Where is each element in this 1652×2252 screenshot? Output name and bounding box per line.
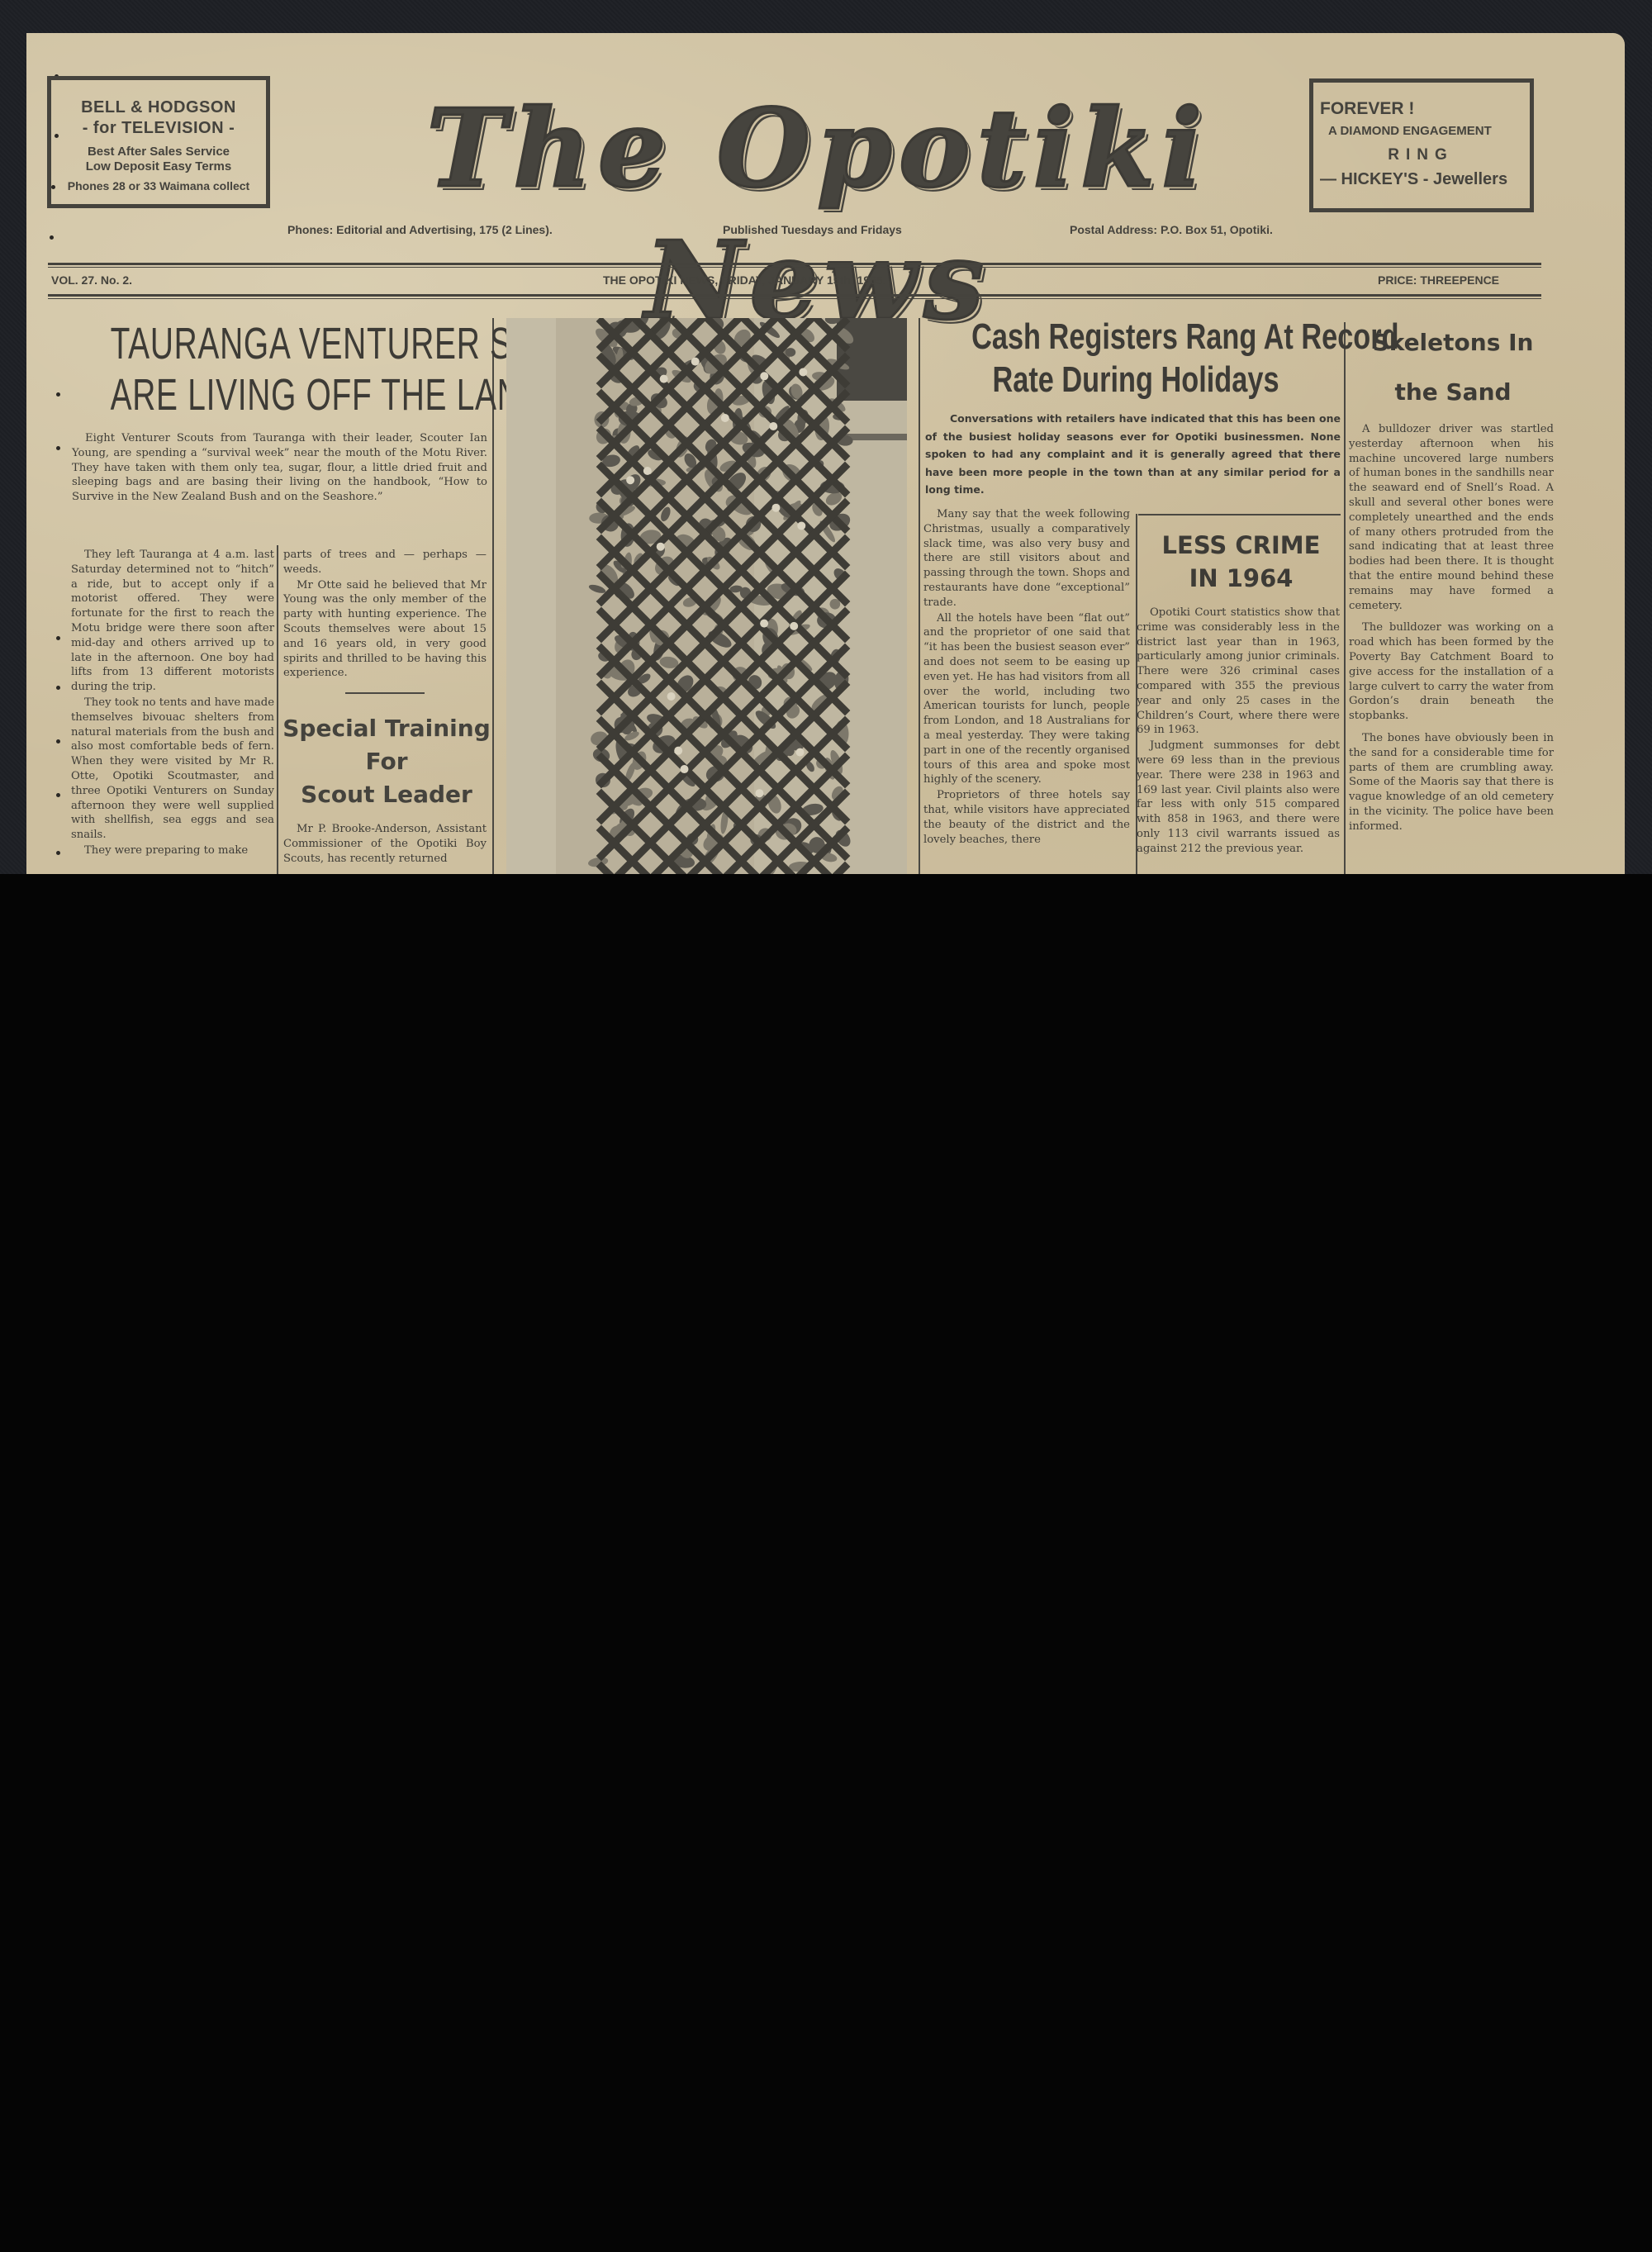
paragraph: They left Tauranga at 4 a.m. last Saturd… — [71, 548, 274, 695]
paragraph: Eight Venturer Scouts from Tauranga with… — [72, 431, 487, 505]
headline-less-crime: LESS CRIME IN 1964 — [1140, 529, 1342, 595]
ad-line: Phones 28 or 33 Waimana collect — [51, 179, 266, 192]
headline-line: Scout Leader — [281, 778, 492, 811]
paragraph: A bulldozer driver was startled yesterda… — [1349, 422, 1554, 613]
punch-hole — [56, 793, 60, 797]
article-deck-cash: Conversations with retailers have indica… — [925, 410, 1341, 499]
ad-line: A DIAMOND ENGAGEMENT — [1320, 124, 1530, 138]
trellis-photo-image — [506, 318, 907, 874]
headline-line: Special Training — [281, 712, 492, 745]
ad-line: Low Deposit Easy Terms — [51, 159, 266, 173]
trellis-photo — [506, 318, 907, 874]
article-body-training: Mr P. Brooke-Anderson, Assistant Commiss… — [283, 822, 487, 866]
headline-skeletons: Skeletons In the Sand — [1346, 318, 1559, 417]
masthead-published: Published Tuesdays and Fridays — [723, 223, 902, 236]
article-body-cash: Many say that the week following Christm… — [923, 507, 1130, 847]
column-rule — [277, 545, 278, 874]
ad-line: BELL & HODGSON — [51, 98, 266, 117]
masthead-phones: Phones: Editorial and Advertising, 175 (… — [287, 223, 553, 236]
punch-hole — [56, 851, 60, 855]
ad-line: RING — [1320, 146, 1530, 164]
paragraph: Opotiki Court statistics show that crime… — [1137, 606, 1340, 738]
masthead-postal-address: Postal Address: P.O. Box 51, Opotiki. — [1070, 223, 1273, 236]
paragraph: The bones have obviously been in the san… — [1349, 731, 1554, 834]
newspaper-title: The Opotiki News — [363, 83, 1272, 215]
paragraph: They were preparing to make — [71, 843, 274, 858]
headline-cash-registers: Cash Registers Rang At Record Rate Durin… — [971, 316, 1300, 401]
ad-line: — HICKEY'S - Jewellers — [1320, 170, 1530, 189]
ad-line: Best After Sales Service — [51, 145, 266, 159]
paragraph: Conversations with retailers have indica… — [925, 410, 1341, 499]
paragraph: They took no tents and have made themsel… — [71, 696, 274, 843]
scan-cutoff — [0, 874, 1652, 2252]
ad-line: - for TELEVISION - — [51, 119, 266, 138]
article-separator — [1138, 514, 1341, 515]
paragraph: Mr P. Brooke-Anderson, Assistant Commiss… — [283, 822, 487, 866]
article-body-skeletons: A bulldozer driver was startled yesterda… — [1349, 422, 1554, 834]
paragraph: Judgment summonses for debt were 69 less… — [1137, 739, 1340, 856]
paragraph: Many say that the week following Christm… — [923, 507, 1130, 611]
paragraph: parts of trees and — perhaps — weeds. — [283, 548, 487, 577]
headline-special-training: Special Training For Scout Leader — [281, 712, 492, 811]
column-rule — [1344, 322, 1346, 874]
paragraph: The bulldozer was working on a road whic… — [1349, 620, 1554, 724]
headline-line: ARE LIVING OFF THE LAND — [111, 369, 432, 420]
headline-line: Rate During Holidays — [971, 359, 1300, 401]
punch-hole — [56, 636, 60, 640]
headline-line: LESS CRIME — [1140, 529, 1342, 562]
paragraph: Proprietors of three hotels say that, wh… — [923, 788, 1130, 847]
article-body-scouts-col1: They left Tauranga at 4 a.m. last Saturd… — [71, 548, 274, 858]
punch-hole — [56, 392, 60, 397]
headline-line: Cash Registers Rang At Record — [971, 316, 1300, 359]
headline-line: TAURANGA VENTURER SCOUTS — [111, 318, 432, 369]
ad-bell-hodgson: BELL & HODGSON - for TELEVISION - Best A… — [47, 76, 270, 208]
punch-hole — [56, 686, 60, 690]
headline-line: the Sand — [1346, 368, 1559, 417]
article-body-crime: Opotiki Court statistics show that crime… — [1137, 606, 1340, 857]
column-rule — [919, 318, 920, 874]
punch-hole — [56, 739, 60, 744]
article-separator — [345, 692, 425, 694]
punch-hole — [50, 235, 54, 240]
issue-date: THE OPOTIKI NEWS, FRIDAY, JANUARY 15th, … — [603, 273, 886, 287]
headline-scouts: TAURANGA VENTURER SCOUTS ARE LIVING OFF … — [111, 318, 432, 420]
paragraph: Mr Otte said he believed that Mr Young w… — [283, 578, 487, 682]
ad-hickeys-jewellers: FOREVER ! A DIAMOND ENGAGEMENT RING — HI… — [1309, 78, 1534, 212]
paragraph: All the hotels have been “flat out” and … — [923, 611, 1130, 788]
punch-hole — [56, 446, 60, 450]
article-body-scouts-col2: parts of trees and — perhaps — weeds. Mr… — [283, 548, 487, 681]
article-lead-scouts: Eight Venturer Scouts from Tauranga with… — [72, 431, 487, 505]
dateline-rule-top — [48, 263, 1541, 268]
headline-line: For — [281, 745, 492, 778]
price: PRICE: THREEPENCE — [1378, 273, 1499, 287]
volume-number: VOL. 27. No. 2. — [51, 273, 132, 287]
headline-line: Skeletons In — [1346, 318, 1559, 368]
headline-line: IN 1964 — [1140, 562, 1342, 595]
dateline-rule-bottom — [48, 294, 1541, 299]
ad-line: FOREVER ! — [1320, 99, 1530, 119]
